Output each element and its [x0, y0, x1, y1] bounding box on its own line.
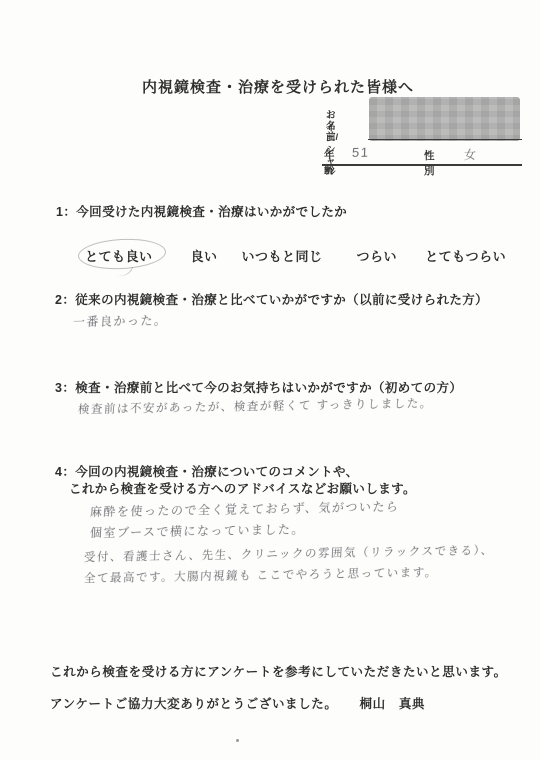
- question-2-answer-handwritten: 一番良かった。: [73, 311, 168, 330]
- option-totemo-tsurai: とてもつらい: [425, 246, 506, 265]
- age-label: 年齢: [324, 147, 335, 177]
- question-2-label: 2：従来の内視鏡検査・治療と比べていかがですか（以前に受けられた方）: [55, 290, 488, 308]
- name-underline: [368, 139, 522, 140]
- question-3-label: 3：検査・治療前と比べて今のお気持ちはいかがですか（初めての方）: [55, 378, 462, 396]
- questionnaire-sheet: 内視鏡検査・治療を受けられた皆様へ お名前/ イニシャル 年齢 51 性別 女 …: [0, 0, 540, 760]
- age-gender-underline: [322, 164, 522, 166]
- scan-artifact-dot: [236, 739, 239, 742]
- footer-thanks-text: アンケートご協力大変ありがとうございました。: [50, 697, 337, 711]
- gender-value-handwritten: 女: [464, 146, 478, 163]
- question-4-answer-line4: 全て最高です。大腸内視鏡も ここでやろうと思っています。: [84, 564, 439, 586]
- question-4-number: 4：: [55, 465, 75, 479]
- question-4-label-line2: これから検査を受ける方へのアドバイスなどお願いします。: [69, 479, 416, 497]
- age-value-handwritten: 51: [352, 145, 370, 160]
- question-2-number: 2：: [55, 293, 75, 307]
- question-4-label-line1: 4：今回の内視鏡検査・治療についてのコメントや、: [55, 462, 359, 480]
- option-tsurai: つらい: [357, 246, 398, 265]
- footer-note: これから検査を受ける方にアンケートを参考にしていただきたいと思います。: [50, 662, 507, 680]
- question-1-number: 1：: [56, 205, 76, 219]
- option-itsumo-to-onaji: いつもと同じ: [242, 246, 323, 265]
- question-3-number: 3：: [55, 381, 75, 395]
- footer-thanks: アンケートご協力大変ありがとうございました。 桐山 真典: [50, 694, 425, 712]
- page-title: 内視鏡検査・治療を受けられた皆様へ: [142, 76, 414, 97]
- question-2-text: 従来の内視鏡検査・治療と比べていかがですか（以前に受けられた方）: [75, 293, 488, 307]
- question-4-answer-line3: 受付、看護士さん、先生、クリニックの雰囲気（リラックスできる）、: [84, 542, 495, 565]
- question-3-answer-handwritten: 検査前は不安があったが、検査が軽くて すっきりしました。: [78, 395, 434, 417]
- question-1-label: 1：今回受けた内視鏡検査・治療はいかがでしたか: [56, 202, 347, 220]
- question-3-text: 検査・治療前と比べて今のお気持ちはいかがですか（初めての方）: [75, 381, 462, 395]
- signature-name: 桐山 真典: [360, 697, 426, 711]
- gender-label: 性別: [424, 148, 435, 178]
- redacted-name-area: [369, 97, 520, 141]
- question-4-answer-line1: 麻酔を使ったので全く覚えておらず、気がついたら: [90, 498, 400, 520]
- question-4-answer-line2: 個室ブースで横になっていました。: [90, 520, 306, 541]
- question-1-text: 今回受けた内視鏡検査・治療はいかがでしたか: [76, 205, 347, 219]
- question-4-text-line1: 今回の内視鏡検査・治療についてのコメントや、: [75, 465, 358, 479]
- option-yoi: 良い: [191, 246, 218, 265]
